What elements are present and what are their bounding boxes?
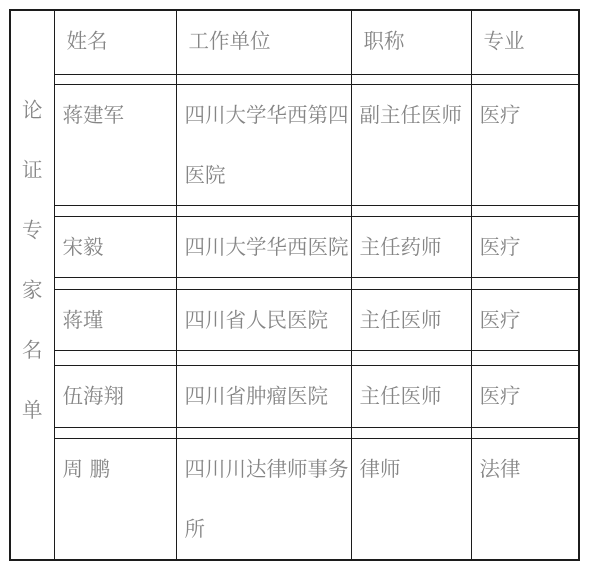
specialty-cell: 医疗 bbox=[471, 289, 579, 350]
expert-panel-table: 论证专家名单 姓名 工作单位 职称 专业 蒋建军 四川大学华西第四 医院 副主 bbox=[9, 9, 580, 561]
organization-line: 四川大学华西第四 bbox=[185, 85, 351, 145]
name-cell: 蒋建军 bbox=[54, 84, 176, 205]
table-row: 蒋建军 四川大学华西第四 医院 副主任医师 医疗 bbox=[10, 84, 579, 205]
spacer-row bbox=[10, 205, 579, 216]
header-specialty: 专业 bbox=[471, 10, 579, 74]
table-caption-vertical: 论证专家名单 bbox=[20, 80, 44, 440]
spacer-cell bbox=[471, 427, 579, 438]
table-row: 蒋瑾 四川省人民医院 主任医师 医疗 bbox=[10, 289, 579, 350]
spacer-row bbox=[10, 350, 579, 365]
organization-cell: 四川大学华西第四 医院 bbox=[176, 84, 351, 205]
spacer-cell bbox=[54, 277, 176, 289]
title-cell: 主任医师 bbox=[351, 289, 471, 350]
header-title: 职称 bbox=[351, 10, 471, 74]
spacer-cell bbox=[351, 205, 471, 216]
organization-cell: 四川省人民医院 bbox=[176, 289, 351, 350]
spacer-cell bbox=[176, 427, 351, 438]
header-row: 论证专家名单 姓名 工作单位 职称 专业 bbox=[10, 10, 579, 74]
name-cell: 伍海翔 bbox=[54, 365, 176, 427]
spacer-cell bbox=[54, 350, 176, 365]
spacer-cell bbox=[471, 205, 579, 216]
name-cell: 周 鹏 bbox=[54, 438, 176, 560]
title-cell: 主任医师 bbox=[351, 365, 471, 427]
spacer-cell bbox=[471, 277, 579, 289]
table-row: 宋毅 四川大学华西医院 主任药师 医疗 bbox=[10, 216, 579, 277]
organization-cell: 四川省肿瘤医院 bbox=[176, 365, 351, 427]
spacer-cell bbox=[471, 350, 579, 365]
spacer-cell bbox=[351, 427, 471, 438]
side-caption-cell: 论证专家名单 bbox=[10, 10, 54, 560]
spacer-row bbox=[10, 427, 579, 438]
title-cell: 律师 bbox=[351, 438, 471, 560]
table-row: 伍海翔 四川省肿瘤医院 主任医师 医疗 bbox=[10, 365, 579, 427]
title-cell: 主任药师 bbox=[351, 216, 471, 277]
header-organization: 工作单位 bbox=[176, 10, 351, 74]
organization-cell: 四川川达律师事务 所 bbox=[176, 438, 351, 560]
organization-line: 四川省人民医院 bbox=[185, 290, 351, 350]
header-name: 姓名 bbox=[54, 10, 176, 74]
spacer-cell bbox=[471, 74, 579, 84]
specialty-cell: 法律 bbox=[471, 438, 579, 560]
document-page: 论证专家名单 姓名 工作单位 职称 专业 蒋建军 四川大学华西第四 医院 副主 bbox=[0, 0, 591, 565]
spacer-cell bbox=[54, 205, 176, 216]
spacer-cell bbox=[54, 74, 176, 84]
spacer-cell bbox=[176, 277, 351, 289]
spacer-row bbox=[10, 277, 579, 289]
organization-line: 四川川达律师事务 bbox=[185, 439, 351, 499]
organization-cell: 四川大学华西医院 bbox=[176, 216, 351, 277]
organization-line: 所 bbox=[185, 499, 351, 559]
organization-line: 四川大学华西医院 bbox=[185, 217, 351, 277]
specialty-cell: 医疗 bbox=[471, 216, 579, 277]
specialty-cell: 医疗 bbox=[471, 84, 579, 205]
specialty-cell: 医疗 bbox=[471, 365, 579, 427]
table-row: 周 鹏 四川川达律师事务 所 律师 法律 bbox=[10, 438, 579, 560]
spacer-cell bbox=[351, 277, 471, 289]
spacer-cell bbox=[176, 74, 351, 84]
title-cell: 副主任医师 bbox=[351, 84, 471, 205]
name-cell: 蒋瑾 bbox=[54, 289, 176, 350]
spacer-cell bbox=[54, 427, 176, 438]
spacer-cell bbox=[351, 74, 471, 84]
spacer-cell bbox=[176, 350, 351, 365]
spacer-cell bbox=[351, 350, 471, 365]
spacer-cell bbox=[176, 205, 351, 216]
organization-line: 四川省肿瘤医院 bbox=[185, 366, 351, 426]
organization-line: 医院 bbox=[185, 145, 351, 205]
spacer-row bbox=[10, 74, 579, 84]
name-cell: 宋毅 bbox=[54, 216, 176, 277]
